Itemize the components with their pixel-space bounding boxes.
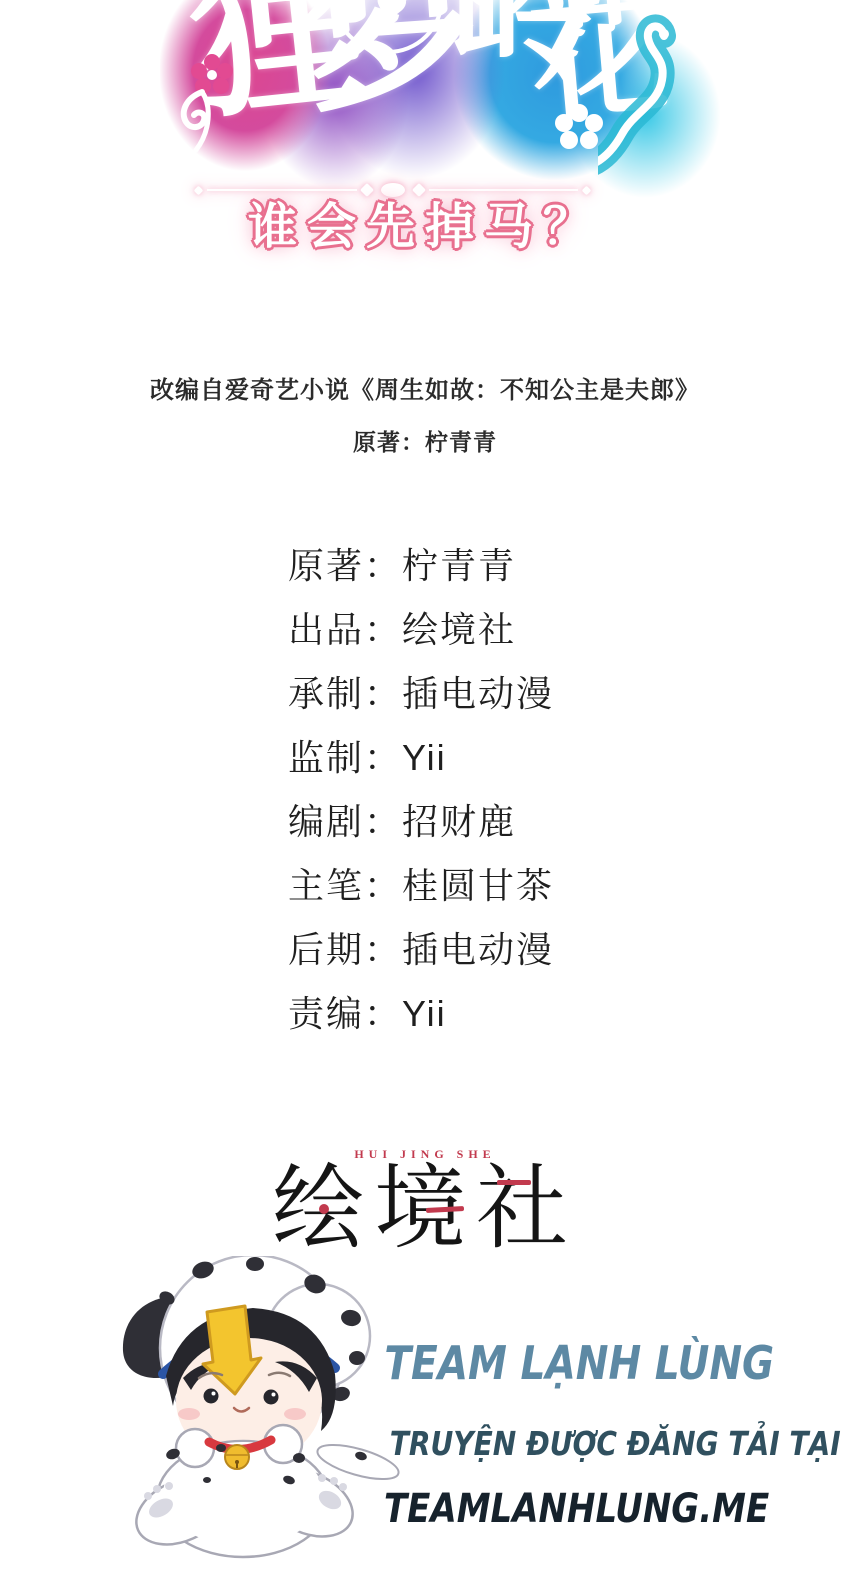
credit-row-producer: 出品：绘境社 bbox=[288, 598, 554, 662]
swirl-curl-icon bbox=[172, 88, 228, 154]
team-website: TEAMLANHLUNG.ME bbox=[350, 1486, 710, 1532]
adaptation-source: 改编自爱奇艺小说《周生如故：不知公主是夫郎》 bbox=[0, 370, 850, 405]
team-name-text: TEAM LẠNH LÙNG bbox=[384, 1336, 774, 1390]
studio-accent-dash bbox=[497, 1180, 531, 1185]
credit-row-lead-artist: 主笔：桂圆甘茶 bbox=[288, 854, 554, 918]
credit-row-editor: 责编：Yii bbox=[288, 982, 554, 1046]
credit-row-supervisor: 监制：Yii bbox=[288, 726, 554, 790]
credit-row-screenwriter: 编剧：招财鹿 bbox=[288, 790, 554, 854]
team-website-text: TEAMLANHLUNG.ME bbox=[384, 1486, 769, 1532]
adaptation-note: 改编自爱奇艺小说《周生如故：不知公主是夫郎》 原著：柠青青 bbox=[0, 370, 850, 457]
adaptation-author: 原著：柠青青 bbox=[0, 424, 850, 457]
studio-logo: HUI JING SHE 绘境社 bbox=[0, 1147, 850, 1257]
credits-list: 原著：柠青青 出品：绘境社 承制：插电动漫 监制：Yii 编剧：招财鹿 主笔：桂… bbox=[288, 534, 554, 1046]
comic-credits-page: 狸 梦 岭 花 ♥ bbox=[0, 0, 850, 1586]
title-tagline: 谁会先掉马？ bbox=[0, 188, 850, 258]
studio-accent-dot bbox=[319, 1204, 329, 1214]
credit-row-original-author: 原著：柠青青 bbox=[288, 534, 554, 598]
team-tagline: TRUYỆN ĐƯỢC ĐĂNG TẢI TẠI bbox=[350, 1424, 710, 1463]
credit-row-post-production: 后期：插电动漫 bbox=[288, 918, 554, 982]
team-tagline-text: TRUYỆN ĐƯỢC ĐĂNG TẢI TẠI bbox=[390, 1424, 841, 1463]
credit-row-production: 承制：插电动漫 bbox=[288, 662, 554, 726]
title-logo-artwork: 狸 梦 岭 花 ♥ bbox=[160, 0, 720, 200]
swirl-tail-icon bbox=[598, 14, 708, 184]
team-name: TEAM LẠNH LÙNG bbox=[350, 1336, 710, 1390]
